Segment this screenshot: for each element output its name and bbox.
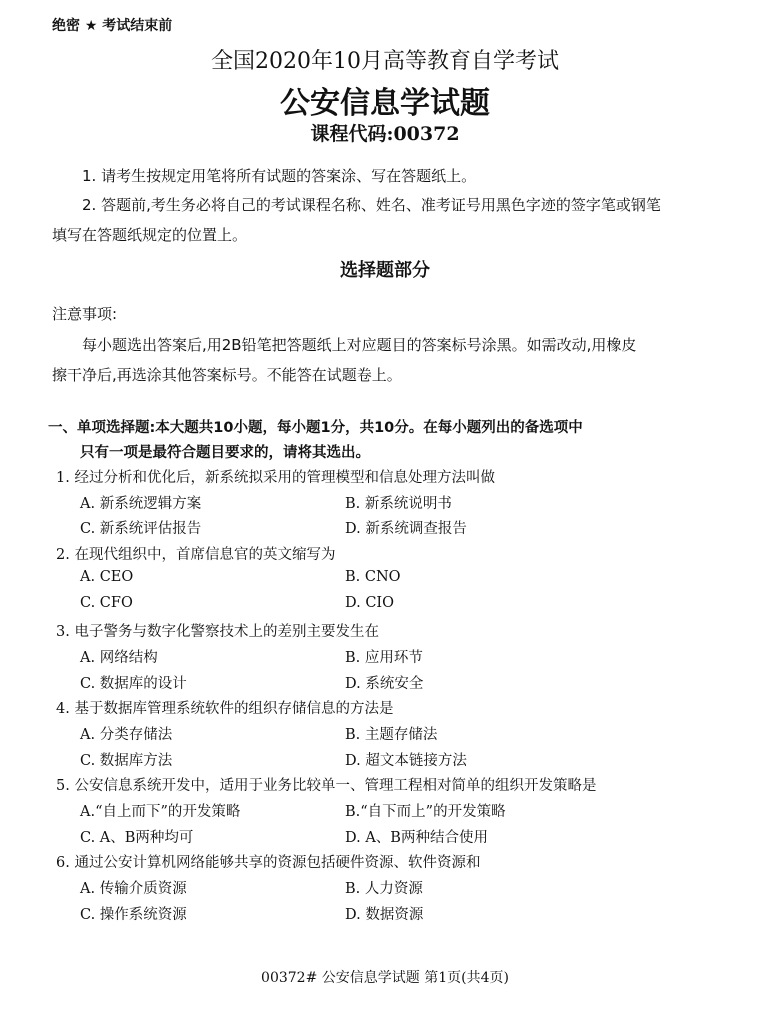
option-a: A. 网络结构 bbox=[80, 646, 158, 667]
option-d: D. 系统安全 bbox=[345, 672, 423, 693]
notes-text-2: 擦干净后,再选涂其他答案标号。不能答在试题卷上。 bbox=[52, 364, 402, 385]
option-b: B. 新系统说明书 bbox=[345, 492, 452, 513]
option-c: C. 新系统评估报告 bbox=[80, 517, 201, 538]
question-stem: 3. 电子警务与数字化警察技术上的差别主要发生在 bbox=[56, 620, 379, 641]
part-heading: 一、单项选择题:本大题共10小题，每小题1分，共10分。在每小题列出的备选项中 bbox=[48, 416, 583, 437]
exam-title: 全国2020年10月高等教育自学考试 bbox=[0, 44, 770, 75]
option-a: A. CEO bbox=[80, 569, 133, 585]
question-stem: 6. 通过公安计算机网络能够共享的资源包括硬件资源、软件资源和 bbox=[56, 851, 480, 872]
option-c: C. CFO bbox=[80, 595, 133, 611]
option-d: D. 新系统调查报告 bbox=[345, 517, 467, 538]
notes-label: 注意事项: bbox=[52, 303, 117, 324]
option-a: A. 传输介质资源 bbox=[80, 877, 187, 898]
page-footer: 00372# 公安信息学试题 第1页(共4页) bbox=[0, 967, 770, 987]
option-a: A.“自上而下”的开发策略 bbox=[80, 800, 240, 821]
question-stem: 2. 在现代组织中，首席信息官的英文缩写为 bbox=[56, 543, 335, 564]
option-b: B.“自下而上”的开发策略 bbox=[345, 800, 506, 821]
option-b: B. 应用环节 bbox=[345, 646, 423, 667]
option-d: D. 超文本链接方法 bbox=[345, 749, 467, 770]
option-d: D. 数据资源 bbox=[345, 903, 423, 924]
option-b: B. 主题存储法 bbox=[345, 723, 437, 744]
paper-title: 公安信息学试题 bbox=[0, 78, 770, 122]
notes-text-1: 每小题选出答案后,用2B铅笔把答题纸上对应题目的答案标号涂黑。如需改动,用橡皮 bbox=[82, 334, 636, 355]
instruction-2-cont: 填写在答题纸规定的位置上。 bbox=[52, 224, 247, 245]
option-c: C. 数据库方法 bbox=[80, 749, 172, 770]
confidential-label: 绝密 ★ 考试结束前 bbox=[52, 15, 172, 35]
option-b: B. CNO bbox=[345, 569, 401, 585]
section-title: 选择题部分 bbox=[0, 256, 770, 282]
instruction-2: 2. 答题前,考生务必将自己的考试课程名称、姓名、准考证号用黑色字迹的签字笔或钢… bbox=[82, 194, 661, 215]
option-c: C. 操作系统资源 bbox=[80, 903, 187, 924]
course-code: 课程代码:00372 bbox=[0, 119, 770, 146]
option-c: C. 数据库的设计 bbox=[80, 672, 187, 693]
instruction-1: 1. 请考生按规定用笔将所有试题的答案涂、写在答题纸上。 bbox=[82, 165, 476, 186]
option-d: D. CIO bbox=[345, 595, 394, 611]
option-d: D. A、B两种结合使用 bbox=[345, 826, 488, 847]
question-stem: 4. 基于数据库管理系统软件的组织存储信息的方法是 bbox=[56, 697, 393, 718]
option-b: B. 人力资源 bbox=[345, 877, 423, 898]
option-a: A. 新系统逻辑方案 bbox=[80, 492, 201, 513]
option-a: A. 分类存储法 bbox=[80, 723, 172, 744]
question-stem: 1. 经过分析和优化后，新系统拟采用的管理模型和信息处理方法叫做 bbox=[56, 466, 495, 487]
question-stem: 5. 公安信息系统开发中，适用于业务比较单一、管理工程相对简单的组织开发策略是 bbox=[56, 774, 596, 795]
part-heading-cont: 只有一项是最符合题目要求的，请将其选出。 bbox=[80, 441, 370, 462]
option-c: C. A、B两种均可 bbox=[80, 826, 193, 847]
